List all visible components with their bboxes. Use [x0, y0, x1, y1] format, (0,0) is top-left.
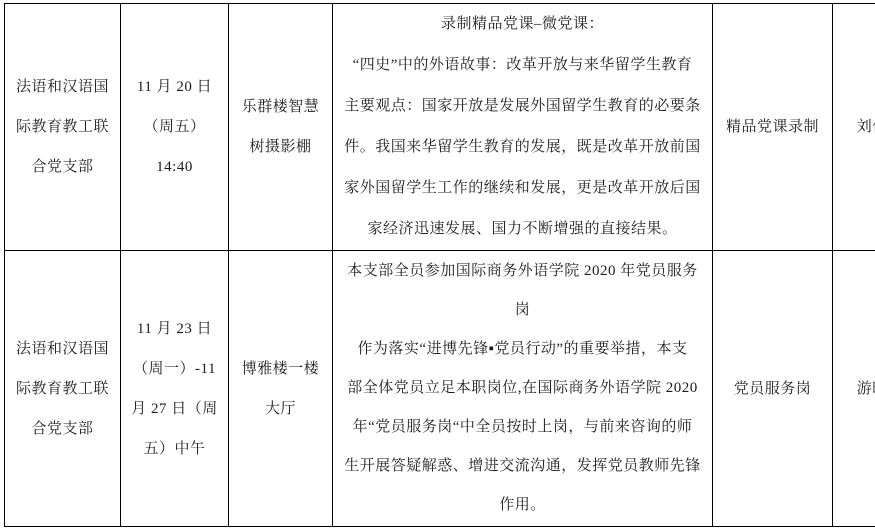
cell-description: 录制精品党课–微党课： “四史”中的外语故事：改革开放与来华留学生教育 主要观点…	[333, 4, 713, 251]
cell-branch-name: 法语和汉语国 际教育教工联 合党支部	[5, 4, 121, 251]
cell-location: 乐群楼智慧 树摄影棚	[229, 4, 333, 251]
cell-activity-name: 精品党课录制	[713, 4, 833, 251]
cell-datetime: 11 月 20 日 （周五） 14:40	[121, 4, 229, 251]
cell-location: 博雅楼一楼 大厅	[229, 251, 333, 527]
cell-description: 本支部全员参加国际商务外语学院 2020 年党员服务 岗 作为落实“进博先锋▪党…	[333, 251, 713, 527]
schedule-table: 法语和汉语国 际教育教工联 合党支部 11 月 20 日 （周五） 14:40 …	[4, 3, 875, 527]
cell-datetime: 11 月 23 日 （周一）-11 月 27 日（周 五）中午	[121, 251, 229, 527]
table-row: 法语和汉语国 际教育教工联 合党支部 11 月 23 日 （周一）-11 月 2…	[5, 251, 875, 527]
cell-branch-name: 法语和汉语国 际教育教工联 合党支部	[5, 251, 121, 527]
table-row: 法语和汉语国 际教育教工联 合党支部 11 月 20 日 （周五） 14:40 …	[5, 4, 875, 251]
document-page: 法语和汉语国 际教育教工联 合党支部 11 月 20 日 （周五） 14:40 …	[0, 0, 875, 530]
cell-activity-name: 党员服务岗	[713, 251, 833, 527]
cell-person-name: 刘佳平	[833, 4, 875, 251]
cell-person-name: 游晓航	[833, 251, 875, 527]
